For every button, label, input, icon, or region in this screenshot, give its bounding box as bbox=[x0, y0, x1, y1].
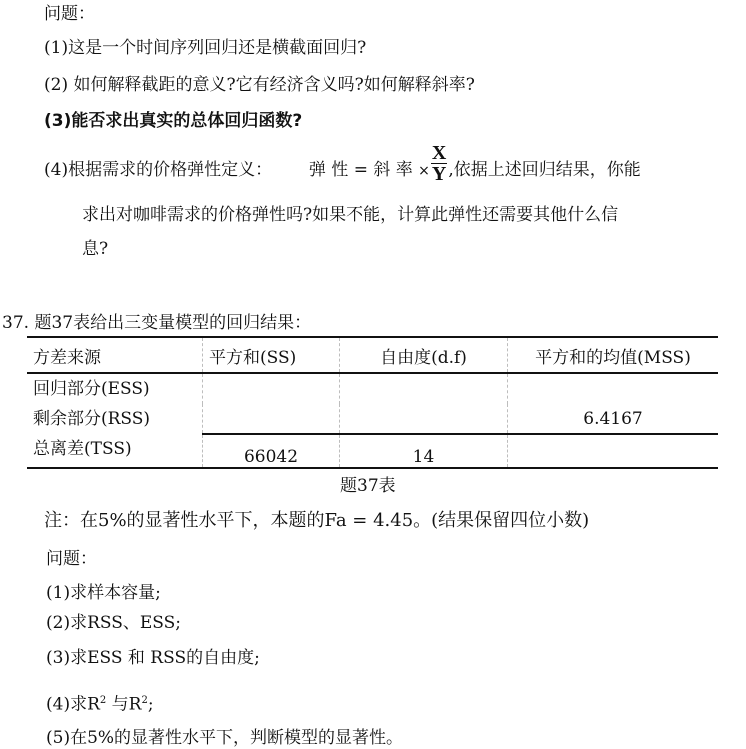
cell-df-tss: 14 bbox=[340, 434, 508, 468]
questions-label: 问题： bbox=[44, 3, 95, 25]
q37-item-4-prefix: (4)求R bbox=[46, 695, 100, 715]
elasticity-formula-lhs: 弹 性 = 斜 率 bbox=[309, 160, 413, 180]
cell-mss-rss: 6.4167 bbox=[508, 373, 719, 434]
question-item-2: (2) 如何解释截距的意义?它有经济含义吗?如何解释斜率? bbox=[44, 74, 475, 96]
table-row: 回归部分(ESS) 6.4167 bbox=[27, 373, 718, 404]
questions-label-37: 问题： bbox=[46, 548, 97, 570]
cell-mss-tss bbox=[508, 434, 719, 468]
elasticity-fraction: X Y bbox=[431, 143, 447, 184]
cell-ss-tss: 66042 bbox=[203, 434, 340, 468]
question-item-4-suffix: ,依据上述回归结果，你能 bbox=[448, 160, 640, 180]
question-37-title: 37. 题37表给出三变量模型的回归结果： bbox=[2, 312, 311, 334]
q37-item-5: (5)在5%的显著性水平下，判断模型的显著性。 bbox=[46, 727, 403, 749]
header-mss: 平方和的均值(MSS) bbox=[508, 337, 719, 373]
question-item-4-line2: 求出对咖啡需求的价格弹性吗?如果不能，计算此弹性还需要其他什么信 bbox=[82, 204, 618, 226]
q37-item-1: (1)求样本容量; bbox=[46, 582, 161, 604]
q37-item-3: (3)求ESS 和 RSS的自由度; bbox=[46, 647, 260, 669]
q37-item-4: (4)求R2 与R2; bbox=[46, 690, 154, 716]
table-header-row: 方差来源 平方和(SS) 自由度(d.f) 平方和的均值(MSS) bbox=[27, 337, 718, 373]
question-item-3: (3)能否求出真实的总体回归函数? bbox=[44, 110, 302, 132]
header-df: 自由度(d.f) bbox=[340, 337, 508, 373]
q37-item-4-mid: 与R bbox=[106, 695, 141, 715]
row-source-tss: 总离差(TSS) bbox=[27, 434, 203, 468]
header-source: 方差来源 bbox=[27, 337, 203, 373]
regression-results-table: 方差来源 平方和(SS) 自由度(d.f) 平方和的均值(MSS) 回归部分(E… bbox=[27, 336, 718, 469]
fraction-denominator: Y bbox=[431, 164, 447, 184]
cell-df-ess-rss bbox=[340, 373, 508, 434]
row-source-rss: 剩余部分(RSS) bbox=[27, 404, 203, 434]
cell-ss-ess-rss bbox=[203, 373, 340, 434]
table-caption: 题37表 bbox=[340, 471, 396, 496]
times-symbol: × bbox=[418, 163, 430, 179]
question-item-4-prefix: (4)根据需求的价格弹性定义： bbox=[44, 160, 272, 180]
table-row: 总离差(TSS) 66042 14 bbox=[27, 434, 718, 468]
q37-item-4-suffix: ; bbox=[148, 695, 154, 715]
fraction-numerator: X bbox=[431, 143, 447, 164]
question-item-4-line3: 息? bbox=[82, 238, 108, 260]
question-item-1: (1)这是一个时间序列回归还是横截面回归? bbox=[44, 37, 366, 59]
note: 注：在5%的显著性水平下，本题的Fa = 4.45。(结果保留四位小数) bbox=[44, 510, 589, 532]
header-ss: 平方和(SS) bbox=[203, 337, 340, 373]
q37-item-2: (2)求RSS、ESS; bbox=[46, 612, 181, 634]
row-source-ess: 回归部分(ESS) bbox=[27, 373, 203, 404]
question-item-4: (4)根据需求的价格弹性定义： 弹 性 = 斜 率 × X Y ,依据上述回归结… bbox=[44, 157, 641, 184]
